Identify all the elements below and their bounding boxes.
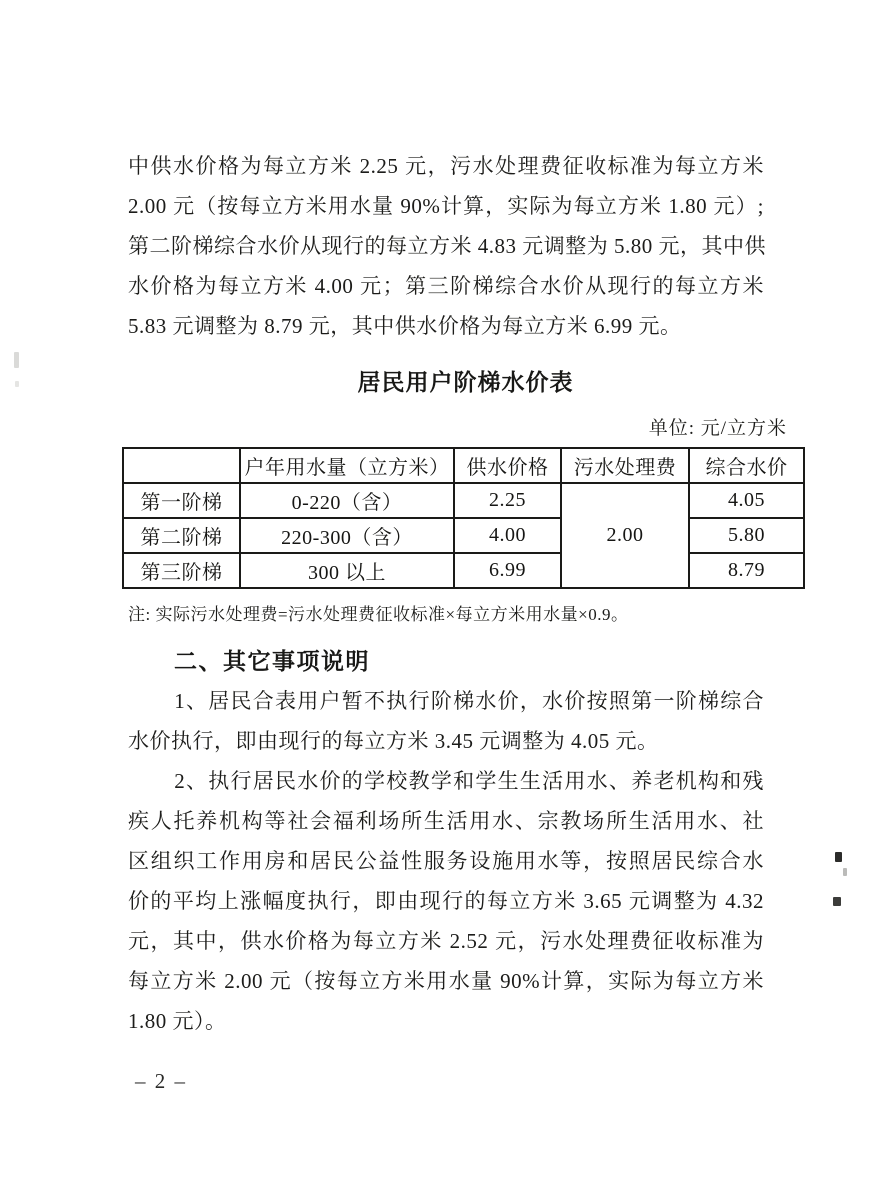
table-title: 居民用户阶梯水价表	[128, 362, 803, 402]
scan-artifact	[833, 897, 841, 906]
tier-cell: 第三阶梯	[123, 553, 240, 588]
intro-paragraph: 中供水价格为每立方米 2.25 元，污水处理费征收标准为每立方米 2.00 元（…	[128, 146, 764, 346]
table-row: 第一阶梯 0-220（含） 2.25 2.00 4.05	[123, 483, 804, 518]
scan-artifact	[15, 381, 19, 387]
usage-cell: 220-300（含）	[240, 518, 454, 553]
item1-line: 水价执行，即由现行的每立方米 3.45 元调整为 4.05 元。	[128, 721, 764, 761]
item2-line: 2、执行居民水价的学校教学和学生生活用水、养老机构和残	[128, 761, 764, 801]
table-row: 第二阶梯 220-300（含） 4.00 5.80	[123, 518, 804, 553]
header-tier	[123, 448, 240, 483]
tier-cell: 第一阶梯	[123, 483, 240, 518]
combined-price-cell: 8.79	[689, 553, 804, 588]
item2-line: 价的平均上涨幅度执行，即由现行的每立方米 3.65 元调整为 4.32	[128, 881, 764, 921]
header-sewage-fee: 污水处理费	[561, 448, 689, 483]
tier-cell: 第二阶梯	[123, 518, 240, 553]
combined-price-cell: 4.05	[689, 483, 804, 518]
table-header-row: 户年用水量（立方米） 供水价格 污水处理费 综合水价	[123, 448, 804, 483]
price-table: 户年用水量（立方米） 供水价格 污水处理费 综合水价 第一阶梯 0-220（含）…	[122, 447, 805, 589]
intro-line: 2.00 元（按每立方米用水量 90%计算，实际为每立方米 1.80 元）;	[128, 186, 764, 226]
intro-line: 5.83 元调整为 8.79 元，其中供水价格为每立方米 6.99 元。	[128, 306, 764, 346]
scan-artifact	[14, 352, 19, 368]
section-heading: 二、其它事项说明	[128, 643, 768, 679]
usage-cell: 0-220（含）	[240, 483, 454, 518]
intro-line: 中供水价格为每立方米 2.25 元，污水处理费征收标准为每立方米	[128, 146, 764, 186]
unit-label: 单位: 元/立方米	[128, 416, 803, 442]
page-number: – 2 –	[135, 1066, 215, 1096]
usage-cell: 300 以上	[240, 553, 454, 588]
section-items: 1、居民合表用户暂不执行阶梯水价，水价按照第一阶梯综合 水价执行，即由现行的每立…	[128, 681, 764, 1041]
header-supply-price: 供水价格	[454, 448, 561, 483]
table-note: 注: 实际污水处理费=污水处理费征收标准×每立方米用水量×0.9。	[128, 602, 788, 628]
item2-line: 元，其中，供水价格为每立方米 2.52 元，污水处理费征收标准为	[128, 921, 764, 961]
header-usage: 户年用水量（立方米）	[240, 448, 454, 483]
table-row: 第三阶梯 300 以上 6.99 8.79	[123, 553, 804, 588]
supply-price-cell: 2.25	[454, 483, 561, 518]
item2-line: 每立方米 2.00 元（按每立方米用水量 90%计算，实际为每立方米	[128, 961, 764, 1001]
item2-line: 区组织工作用房和居民公益性服务设施用水等，按照居民综合水	[128, 841, 764, 881]
item2-line: 疾人托养机构等社会福利场所生活用水、宗教场所生活用水、社	[128, 801, 764, 841]
intro-line: 第二阶梯综合水价从现行的每立方米 4.83 元调整为 5.80 元，其中供	[128, 226, 764, 266]
item2-line: 1.80 元）。	[128, 1001, 764, 1041]
combined-price-cell: 5.80	[689, 518, 804, 553]
header-combined-price: 综合水价	[689, 448, 804, 483]
intro-line: 水价格为每立方米 4.00 元；第三阶梯综合水价从现行的每立方米	[128, 266, 764, 306]
supply-price-cell: 6.99	[454, 553, 561, 588]
supply-price-cell: 4.00	[454, 518, 561, 553]
scan-artifact	[835, 852, 842, 862]
item1-line: 1、居民合表用户暂不执行阶梯水价，水价按照第一阶梯综合	[128, 681, 764, 721]
sewage-fee-merged-cell: 2.00	[561, 483, 689, 588]
scan-artifact	[843, 868, 847, 876]
